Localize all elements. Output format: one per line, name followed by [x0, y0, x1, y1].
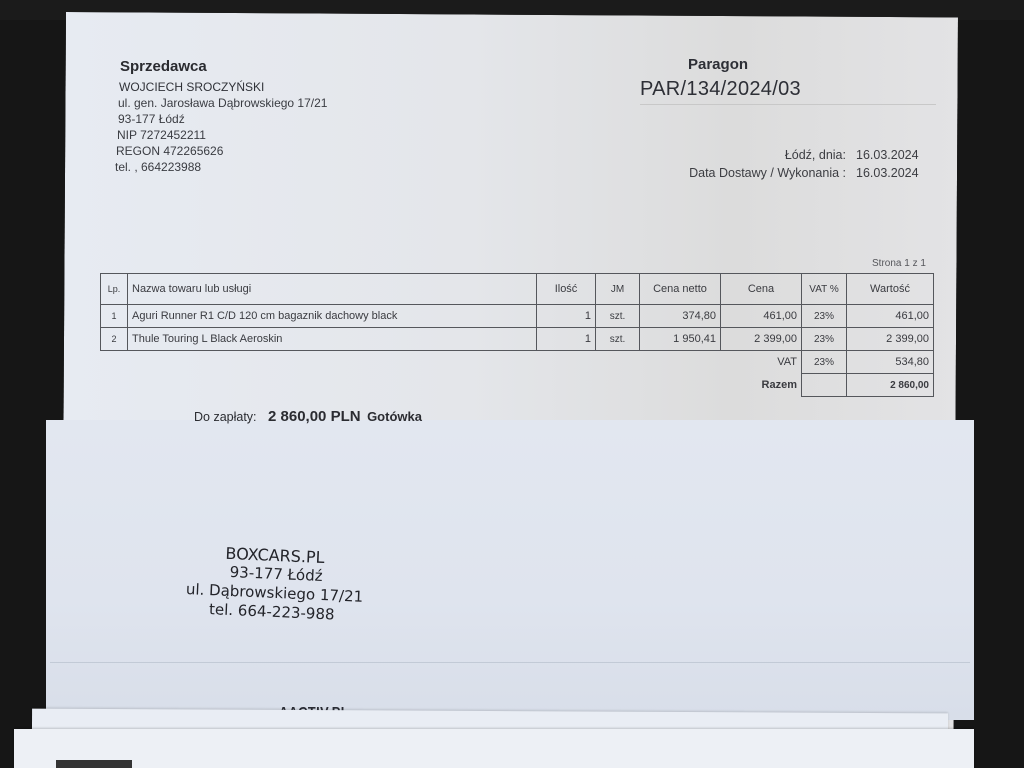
seller-regon: REGON 472265626	[116, 144, 327, 158]
paper-fold-line	[50, 662, 970, 663]
underlying-sheet	[14, 729, 974, 768]
document-dates: Łódź, dnia: 16.03.2024 Data Dostawy / Wy…	[689, 148, 936, 184]
vat-summary-value: 534,80	[847, 351, 934, 374]
delivery-date-row: Data Dostawy / Wykonania : 16.03.2024	[689, 166, 936, 180]
seller-name: WOJCIECH SROCZYŃSKI	[119, 80, 327, 94]
document-number: PAR/134/2024/03	[640, 78, 801, 101]
total-vat-empty	[802, 374, 847, 397]
row-net-price: 1 950,41	[640, 328, 721, 351]
header-price: Cena	[721, 274, 802, 305]
row-unit: szt.	[596, 328, 640, 351]
vat-summary-label: VAT	[721, 351, 802, 374]
total-row: Razem 2 860,00	[101, 374, 934, 397]
table-header-row: Lp. Nazwa towaru lub usługi Ilość JM Cen…	[101, 274, 934, 305]
issue-date-value: 16.03.2024	[856, 148, 936, 162]
seller-address: ul. gen. Jarosława Dąbrowskiego 17/21	[118, 96, 327, 110]
row-vat-rate: 23%	[802, 305, 847, 328]
delivery-date-label: Data Dostawy / Wykonania :	[689, 166, 846, 180]
total-label: Razem	[721, 374, 802, 397]
header-value: Wartość	[847, 274, 934, 305]
vat-summary-row: VAT 23% 534,80	[101, 351, 934, 374]
table-row: 2 Thule Touring L Black Aeroskin 1 szt. …	[101, 328, 934, 351]
seller-nip: NIP 7272452211	[117, 128, 327, 142]
payment-amount: 2 860,00 PLN	[268, 408, 361, 425]
table-row: 1 Aguri Runner R1 C/D 120 cm bagaznik da…	[101, 305, 934, 328]
header-net-price: Cena netto	[640, 274, 721, 305]
row-name: Aguri Runner R1 C/D 120 cm bagaznik dach…	[128, 305, 537, 328]
delivery-date-value: 16.03.2024	[856, 166, 936, 180]
row-value: 2 399,00	[847, 328, 934, 351]
row-vat-rate: 23%	[802, 328, 847, 351]
row-value: 461,00	[847, 305, 934, 328]
seller-phone: tel. , 664223988	[115, 160, 327, 174]
header-divider	[640, 104, 936, 105]
row-net-price: 374,80	[640, 305, 721, 328]
row-unit: szt.	[596, 305, 640, 328]
payment-label: Do zapłaty:	[194, 410, 257, 424]
issue-date-row: Łódź, dnia: 16.03.2024	[689, 148, 936, 162]
dark-tab	[56, 760, 132, 768]
row-price: 2 399,00	[721, 328, 802, 351]
row-lp: 1	[101, 305, 128, 328]
row-price: 461,00	[721, 305, 802, 328]
row-qty: 1	[537, 305, 596, 328]
seller-heading: Sprzedawca	[120, 58, 327, 75]
row-name: Thule Touring L Black Aeroskin	[128, 328, 537, 351]
header-name: Nazwa towaru lub usługi	[128, 274, 537, 305]
header-qty: Ilość	[537, 274, 596, 305]
document-type: Paragon	[688, 56, 748, 73]
header-lp: Lp.	[101, 274, 128, 305]
seller-city: 93-177 Łódź	[118, 112, 327, 126]
row-qty: 1	[537, 328, 596, 351]
payment-method: Gotówka	[367, 409, 422, 424]
items-table: Lp. Nazwa towaru lub usługi Ilość JM Cen…	[100, 273, 934, 397]
total-value: 2 860,00	[847, 374, 934, 397]
payment-summary: Do zapłaty: 2 860,00 PLN Gotówka	[194, 408, 422, 425]
header-unit: JM	[596, 274, 640, 305]
page-info: Strona 1 z 1	[872, 258, 926, 269]
vat-summary-rate: 23%	[802, 351, 847, 374]
seller-block: Sprzedawca WOJCIECH SROCZYŃSKI ul. gen. …	[114, 58, 327, 174]
issue-date-label: Łódź, dnia:	[785, 148, 846, 162]
company-stamp: BOXCARS.PL 93-177 Łódź ul. Dąbrowskiego …	[183, 542, 366, 626]
header-vat-rate: VAT %	[802, 274, 847, 305]
row-lp: 2	[101, 328, 128, 351]
